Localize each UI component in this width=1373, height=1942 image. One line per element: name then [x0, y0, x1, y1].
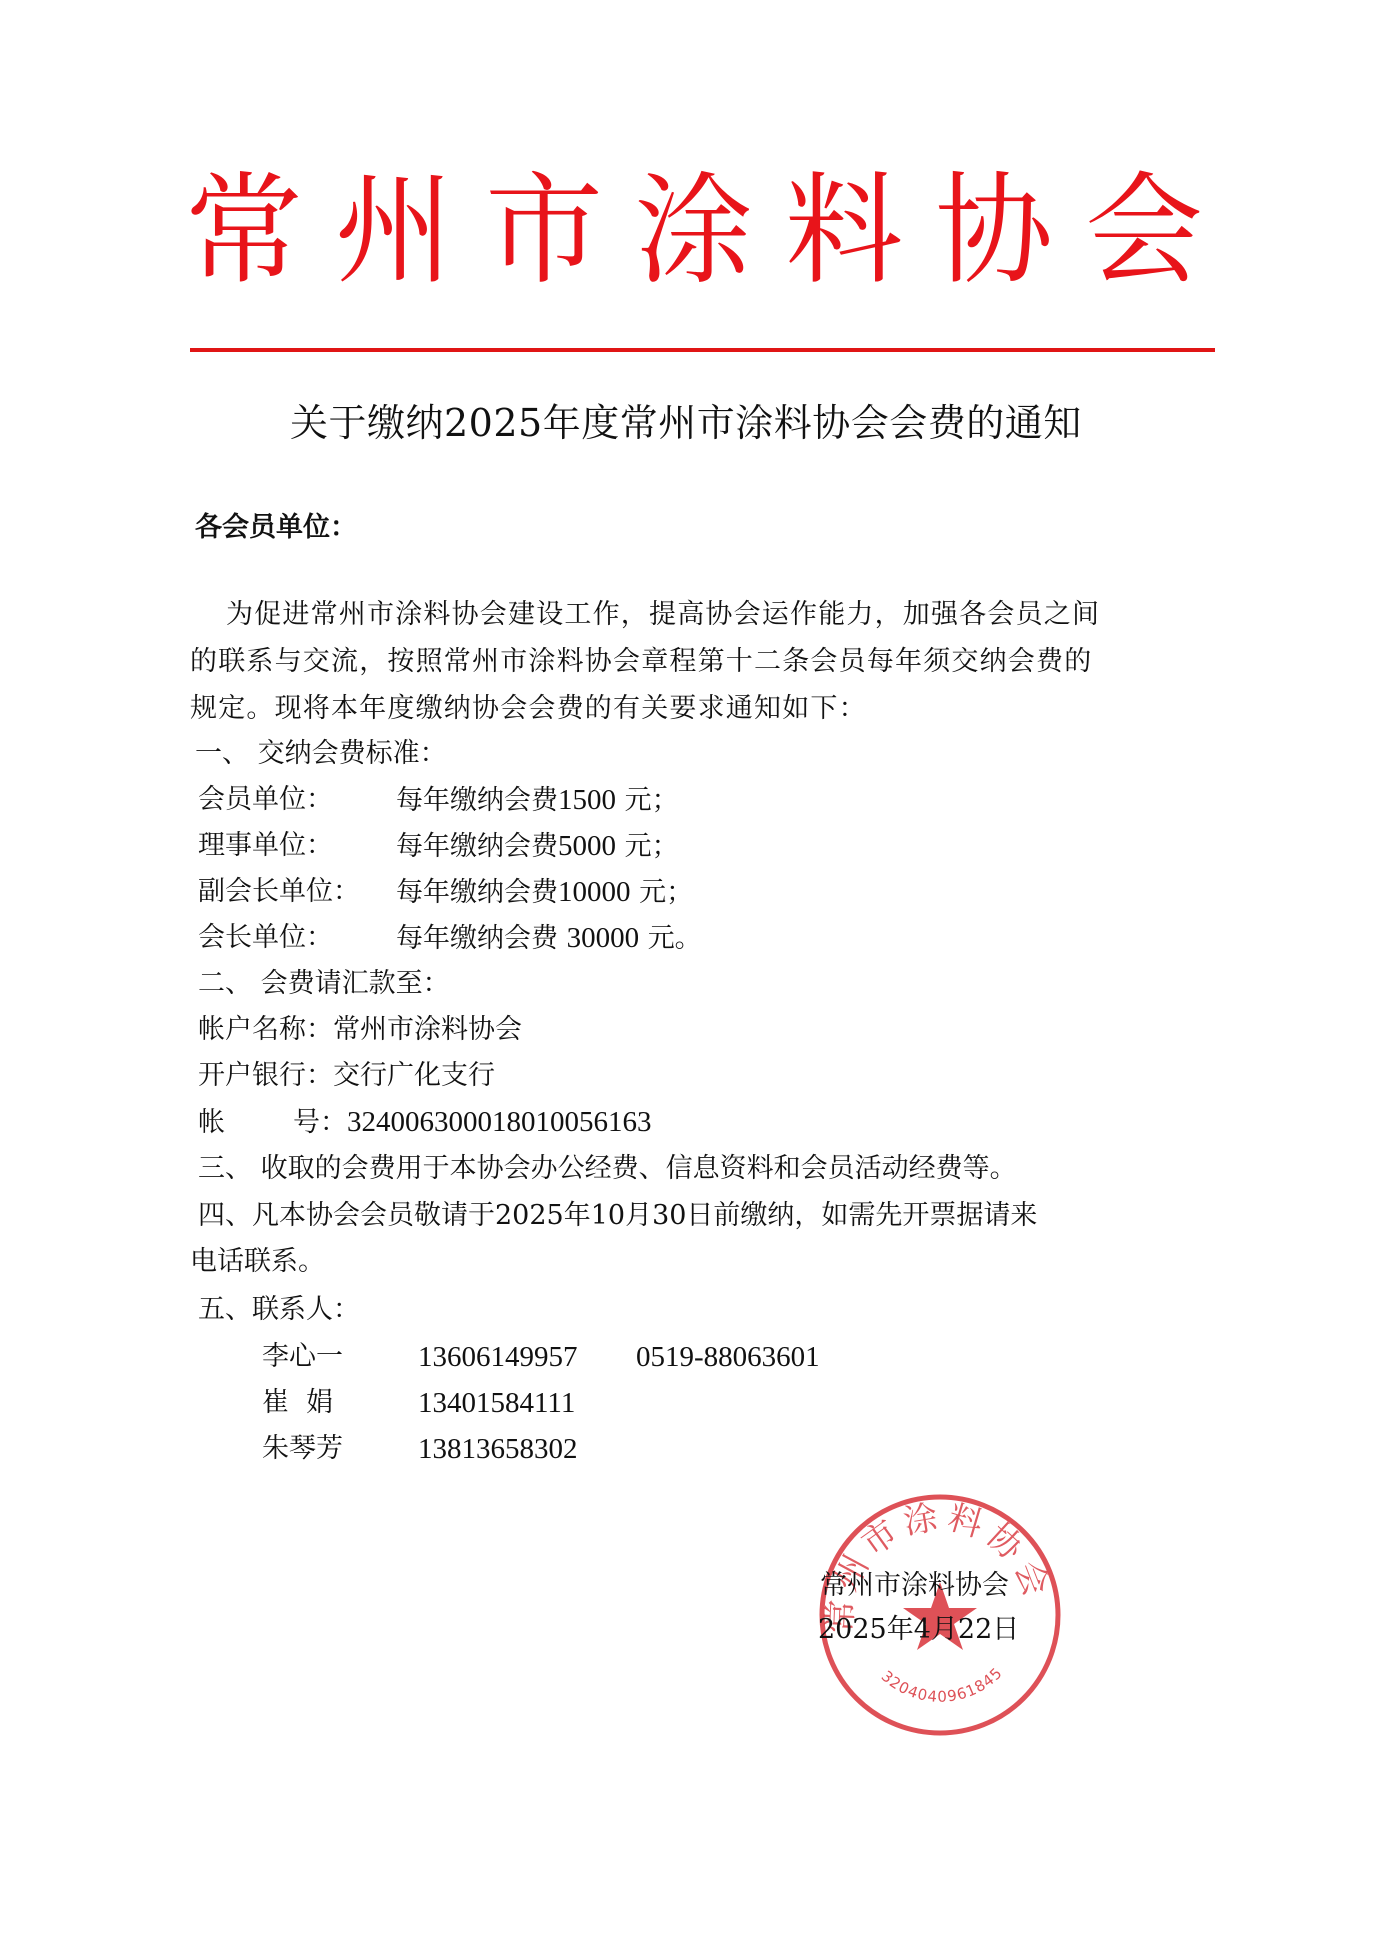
bank-row: 开户银行：交行广化支行	[198, 1056, 495, 1096]
account-name-value: 常州市涂料协会	[333, 1014, 522, 1045]
bank-label: 开户银行：	[198, 1060, 333, 1091]
contact-name: 朱琴芳	[262, 1429, 343, 1469]
fee-desc: 每年缴纳会费	[396, 831, 558, 862]
account-name-label: 帐户名称：	[198, 1014, 333, 1045]
fee-amount: 30000	[567, 922, 640, 954]
contact-mobile: 13606149957	[418, 1337, 578, 1377]
section3-text: 三、 收取的会费用于本协会办公经费、信息资料和会员活动经费等。	[198, 1149, 1017, 1189]
account-number-label-b: 号：	[293, 1107, 347, 1138]
document-title: 关于缴纳2025年度常州市涂料协会会费的通知	[290, 398, 1082, 448]
fee-desc: 每年缴纳会费	[396, 923, 558, 954]
fee-level-vice-president: 副会长单位：	[198, 872, 360, 912]
section5-heading: 五、联系人：	[198, 1290, 360, 1330]
fee-amount: 5000	[558, 830, 616, 862]
account-number-label-a: 帐	[198, 1107, 225, 1138]
contact-name: 李心一	[262, 1337, 343, 1377]
contact-mobile: 13813658302	[418, 1429, 578, 1469]
account-number-value: 324006300018010056163	[347, 1106, 652, 1138]
fee-unit: 元；	[625, 831, 679, 862]
fee-unit: 元。	[648, 923, 702, 954]
fee-unit: 元；	[639, 877, 693, 908]
section1-heading: 一、 交纳会费标准：	[195, 734, 447, 774]
intro-line-2: 的联系与交流，按照常州市涂料协会章程第十二条会员每年须交纳会费的	[190, 638, 1220, 685]
section4-line-1: 四、凡本协会会员敬请于2025年10月30日前缴纳，如需先开票据请来	[198, 1196, 1037, 1236]
signature-org: 常州市涂料协会	[820, 1567, 1009, 1605]
section2-heading: 二、 会费请汇款至：	[198, 964, 450, 1004]
masthead-org-name: 常州市涂料协会	[185, 164, 1215, 297]
fee-row-director: 每年缴纳会费5000 元；	[396, 826, 679, 867]
intro-line-3: 规定。现将本年度缴纳协会会费的有关要求通知如下：	[190, 685, 1220, 732]
fee-level-president: 会长单位：	[198, 918, 333, 958]
contact-phone: 0519-88063601	[636, 1337, 820, 1377]
contact-name: 崔 娟	[262, 1383, 333, 1423]
fee-desc: 每年缴纳会费	[396, 877, 558, 908]
fee-row-vice-president: 每年缴纳会费10000 元；	[396, 872, 693, 913]
contact-mobile: 13401584111	[418, 1383, 575, 1423]
account-number-row: 帐号：324006300018010056163	[198, 1102, 652, 1143]
account-name-row: 帐户名称：常州市涂料协会	[198, 1010, 522, 1050]
intro-line-1: 为促进常州市涂料协会建设工作，提高协会运作能力，加强各会员之间	[226, 591, 1256, 638]
bank-value: 交行广化支行	[333, 1060, 495, 1091]
fee-desc: 每年缴纳会费	[396, 785, 558, 816]
fee-level-director: 理事单位：	[198, 826, 333, 866]
salutation: 各会员单位：	[195, 508, 357, 548]
fee-amount: 10000	[558, 876, 631, 908]
fee-row-president: 每年缴纳会费 30000 元。	[396, 918, 702, 959]
fee-amount: 1500	[558, 784, 616, 816]
fee-row-member: 每年缴纳会费1500 元；	[396, 780, 679, 821]
masthead-red-rule	[190, 348, 1215, 352]
fee-level-member: 会员单位：	[198, 780, 333, 820]
fee-unit: 元；	[625, 785, 679, 816]
svg-text:3204040961845: 3204040961845	[878, 1664, 1006, 1706]
section4-line-2: 电话联系。	[190, 1242, 325, 1282]
signature-date: 2025年4月22日	[818, 1611, 1019, 1649]
